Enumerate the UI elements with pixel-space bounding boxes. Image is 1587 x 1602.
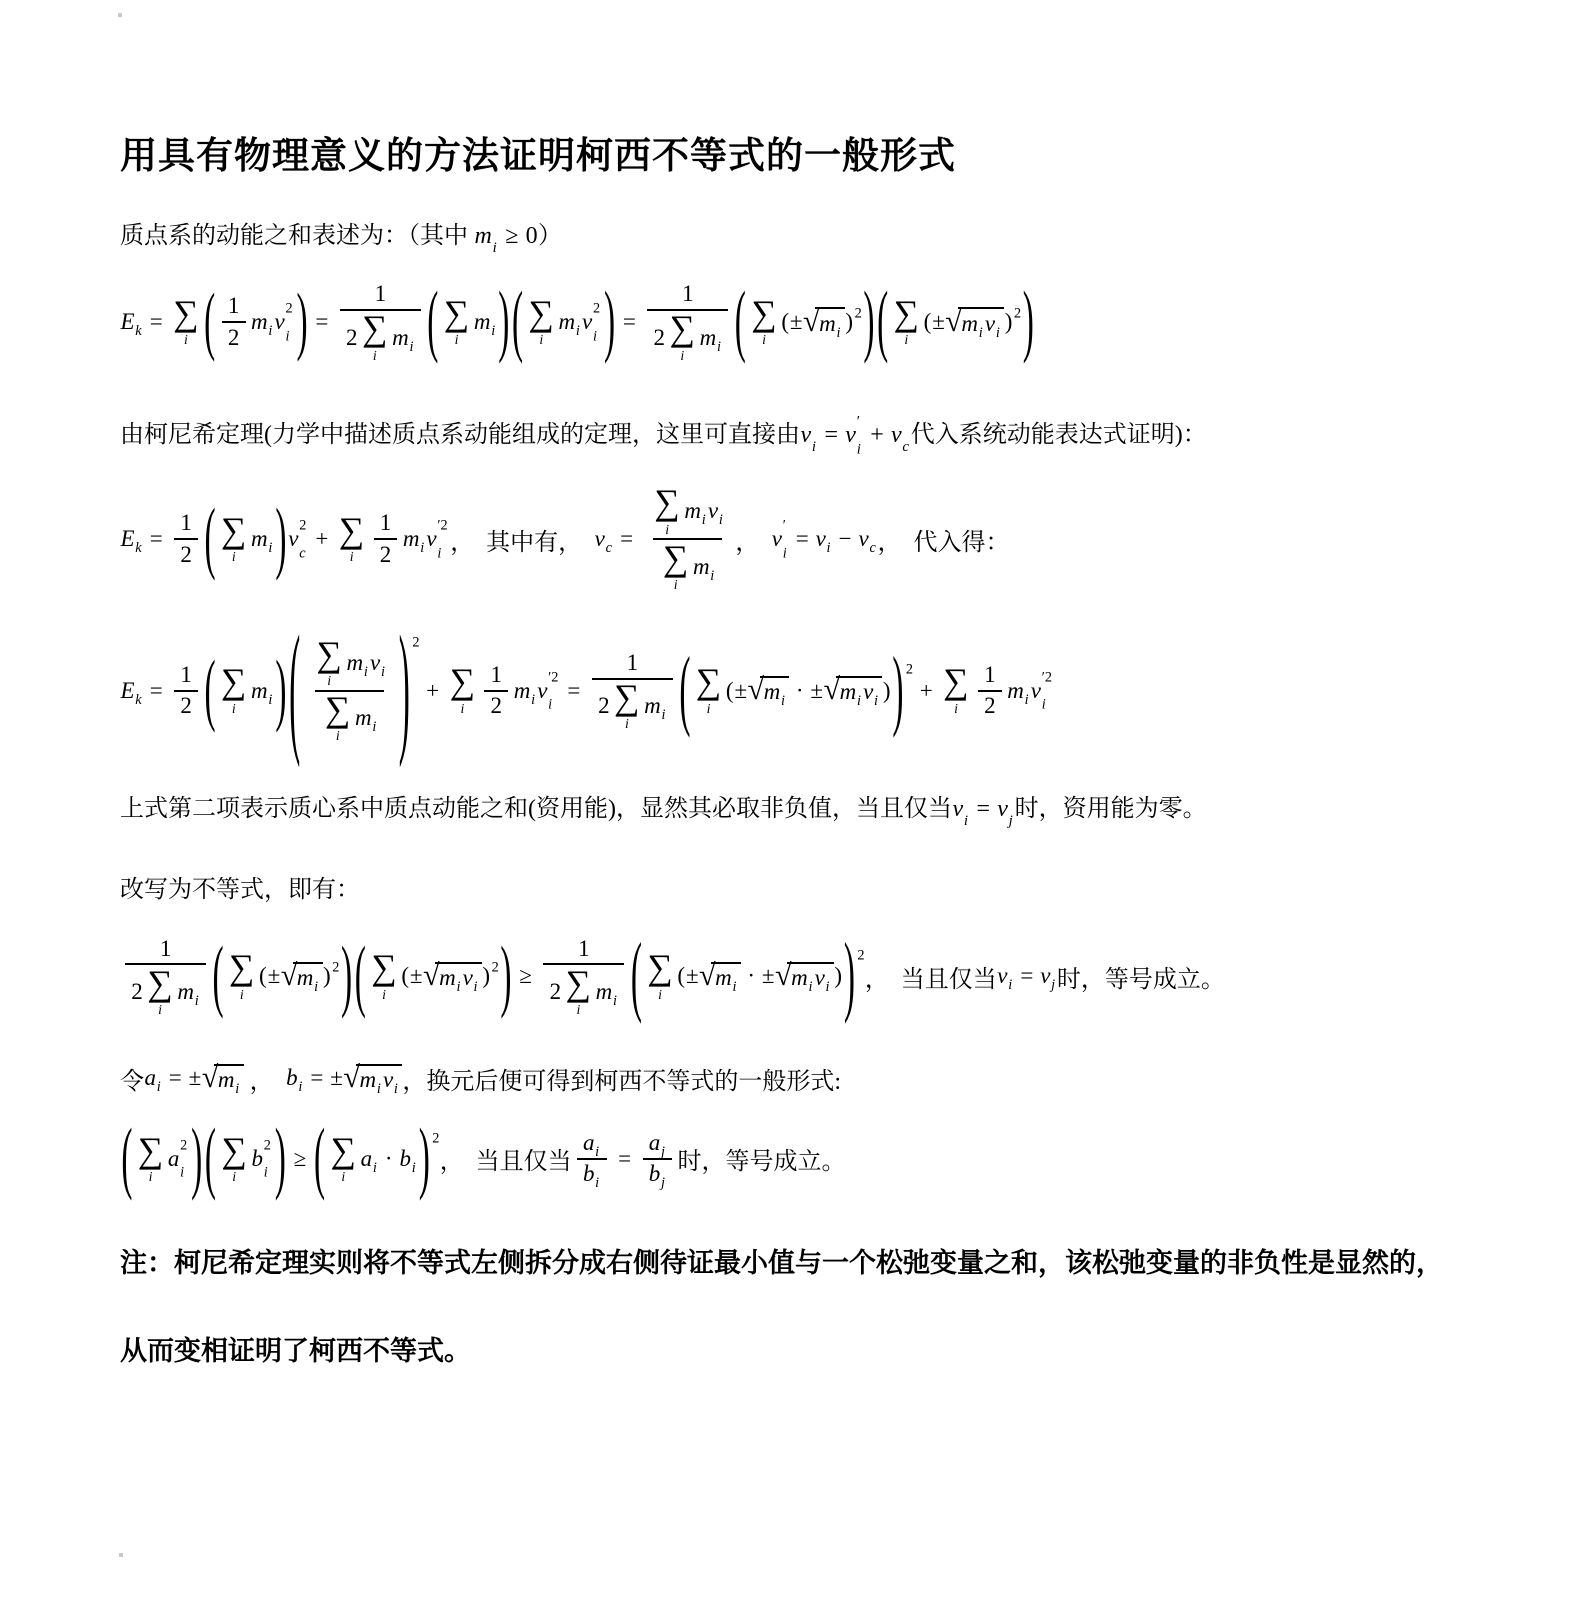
- math-numerator: 1: [484, 662, 508, 690]
- sigma-sum-icon: ∑: [654, 486, 679, 520]
- math-sub-script: i: [473, 979, 478, 996]
- math-sub-script: j: [661, 1175, 666, 1192]
- math-supsub-stack: 2i: [263, 1139, 271, 1179]
- math-symbol: v: [537, 678, 548, 704]
- math-radicand: mivi: [356, 1064, 403, 1093]
- math-symbol: m: [558, 309, 576, 335]
- math-denominator: 2: [174, 538, 198, 567]
- math-sub-script: i: [268, 323, 273, 340]
- math-supsub-stack: 2i: [593, 302, 601, 342]
- math-symbol: v: [370, 650, 381, 676]
- math-symbol: 2: [432, 1130, 440, 1146]
- math-row: ∑i(±√mivi)2: [890, 297, 1022, 347]
- math-symbol: i: [576, 323, 581, 339]
- right-paren-icon: ): [341, 936, 352, 1016]
- math-sub-script: i: [372, 719, 377, 736]
- sigma-sum-icon: ∑: [229, 951, 254, 985]
- math-symbol: v: [952, 791, 964, 828]
- math-sum-index: i: [341, 1170, 345, 1184]
- math-symbol: a: [144, 1065, 156, 1091]
- radical-icon: √: [699, 960, 716, 990]
- math-sum: ∑i: [566, 967, 591, 1017]
- math-sub-group: mi: [763, 679, 786, 705]
- formula-koenig-decomposition: Ek=12(∑imi)v2c+∑i12miv′2i， 其中有， vc=∑imiv…: [120, 486, 1477, 591]
- math-supsub-stack: ′2i: [1041, 671, 1052, 711]
- math-row: 上式第二项表示质心系中质点动能之和(资用能)，显然其必取非负值，当且仅当vi=v…: [120, 791, 1207, 828]
- math-supsub-stack: ′i: [782, 519, 787, 559]
- math-sub-script: i: [717, 339, 722, 356]
- math-symbol: v: [274, 309, 285, 335]
- math-sub-script: i: [1008, 977, 1013, 994]
- math-sub-script: i: [1024, 692, 1029, 709]
- math-sqrt: √mivi: [423, 961, 482, 991]
- math-sub-script: i: [732, 979, 737, 996]
- math-sub-group: vi: [997, 963, 1014, 989]
- math-symbol: ±: [330, 1065, 344, 1091]
- math-row: ∑imi: [217, 665, 274, 715]
- math-sub-script: i: [825, 979, 830, 996]
- math-symbol: m: [251, 309, 269, 335]
- math-sub-group: ai: [360, 1146, 378, 1172]
- math-symbol: (: [259, 963, 268, 989]
- paragraph-kinetic-intro: 质点系的动能之和表述为：（其中 mi≥0）: [120, 218, 1477, 255]
- math-symbol: v: [997, 791, 1009, 828]
- math-symbol: =: [612, 1146, 638, 1172]
- math-symbol: b: [251, 1146, 263, 1172]
- sigma-sum-icon: ∑: [221, 514, 246, 548]
- math-row: mivi: [791, 965, 832, 991]
- math-row: ∑ib2i: [217, 1134, 273, 1184]
- math-sum: ∑i: [317, 638, 342, 688]
- math-symbol: i: [473, 979, 478, 995]
- math-symbol: c: [299, 545, 306, 561]
- math-symbol: 2: [854, 305, 862, 321]
- math-symbol: j: [1051, 977, 1056, 993]
- math-sup-script: 2: [906, 662, 914, 679]
- math-symbol: 2: [263, 1137, 271, 1153]
- math-symbol: ′: [856, 413, 860, 429]
- math-symbol: 1: [374, 281, 386, 307]
- math-supsub-group: a2i: [167, 1139, 189, 1179]
- math-symbol: ′2: [1041, 669, 1052, 685]
- math-paren-group: (∑ia2i): [120, 1134, 204, 1184]
- math-row: Ek=∑i(12miv2i)=12∑imi(∑imi)(∑imiv2i)=12∑…: [120, 281, 1035, 362]
- math-sub-group: vi: [984, 311, 1001, 337]
- math-sup-script: ′2: [1041, 670, 1052, 684]
- math-sub-group: mi: [692, 554, 715, 580]
- sigma-sum-icon: ∑: [663, 542, 688, 576]
- math-sqrt: √mi: [202, 1063, 244, 1093]
- math-symbol: c: [605, 540, 612, 556]
- math-symbol: v: [1040, 963, 1051, 989]
- math-text: ， 当且仅当: [865, 959, 997, 994]
- math-symbol: v: [426, 526, 437, 552]
- math-sum: ∑i: [444, 297, 469, 347]
- math-symbol: b: [648, 1161, 660, 1187]
- math-symbol: =: [616, 309, 642, 335]
- math-symbol: i: [857, 693, 862, 709]
- math-supsub-group: v′2i: [537, 671, 561, 711]
- math-sum-index: i: [762, 333, 766, 347]
- math-symbol: i: [156, 1079, 161, 1095]
- left-paren-icon: (: [121, 1119, 132, 1199]
- math-symbol: i: [856, 442, 861, 458]
- math-sub-script: i: [782, 546, 787, 560]
- math-symbol: −: [832, 526, 858, 552]
- math-symbol: i: [825, 979, 830, 995]
- math-paren-group: (12miv2i): [203, 293, 309, 350]
- math-sum: ∑i: [221, 665, 246, 715]
- math-sub-script: i: [314, 979, 319, 996]
- math-sub-group: bj: [648, 1161, 666, 1187]
- math-numerator: 1: [676, 281, 700, 309]
- math-sub-script: i: [996, 324, 1001, 341]
- math-symbol: 2: [593, 300, 601, 316]
- sigma-sum-icon: ∑: [444, 297, 469, 331]
- sigma-sum-icon: ∑: [221, 665, 246, 699]
- math-fraction: 12: [174, 662, 198, 719]
- math-sub-group: mi: [513, 678, 536, 704]
- math-symbol: 2: [227, 325, 239, 351]
- math-text: 时，资用能为零。: [1015, 791, 1207, 828]
- math-sub-group: vi: [800, 417, 818, 454]
- math-sub-group: mi: [346, 650, 369, 676]
- math-row: ∑imi: [321, 693, 378, 743]
- math-sup-script: 2: [412, 634, 420, 651]
- math-sub-script: i: [437, 546, 442, 560]
- math-symbol: 1: [159, 936, 171, 962]
- math-symbol: i: [826, 540, 831, 556]
- math-supsub-group: v2i: [274, 302, 295, 342]
- math-symbol: (: [781, 309, 790, 335]
- math-symbol: i: [372, 719, 377, 735]
- math-sup-script: 2: [332, 960, 340, 977]
- math-symbol: 2: [180, 1137, 188, 1153]
- math-symbol: ±: [761, 963, 775, 989]
- left-paren-icon: (: [314, 1119, 325, 1199]
- math-symbol: v: [815, 526, 826, 552]
- math-sum: ∑i: [654, 486, 679, 536]
- math-text: ，: [244, 1061, 286, 1096]
- formula-kinetic-energy-expansion: Ek=∑i(12miv2i)=12∑imi(∑imi)(∑imiv2i)=12∑…: [120, 281, 1477, 362]
- paragraph-second-term: 上式第二项表示质心系中质点动能之和(资用能)，显然其必取非负值，当且仅当vi=v…: [120, 791, 1477, 828]
- math-sub-script: i: [576, 323, 581, 340]
- math-sum-index: i: [232, 550, 236, 564]
- math-sum-index: i: [158, 1003, 162, 1017]
- math-supsub-stack: 2i: [285, 302, 293, 342]
- math-symbol: i: [314, 979, 319, 995]
- math-symbol: ′2: [437, 517, 448, 533]
- math-symbol: ±: [932, 309, 946, 335]
- math-symbol: i: [548, 697, 553, 713]
- math-sub-script: c: [869, 540, 876, 557]
- math-symbol: m: [595, 979, 613, 1005]
- sigma-sum-icon: ∑: [614, 681, 639, 715]
- math-symbol: =: [970, 791, 997, 828]
- math-sum-index: i: [336, 729, 340, 743]
- math-sub-script: i: [373, 1160, 378, 1177]
- math-sub-group: mi: [839, 679, 862, 705]
- sigma-sum-icon: ∑: [331, 1134, 356, 1168]
- math-sup-group: (∑i(±√mi·±√mivi))2: [629, 951, 864, 1001]
- math-symbol: m: [474, 218, 492, 255]
- math-sub-group: mi: [791, 965, 814, 991]
- right-paren-icon: ): [844, 931, 855, 1021]
- math-sub-script: i: [263, 1166, 268, 1180]
- math-sub-group: vi: [814, 965, 831, 991]
- math-sum: ∑i: [371, 951, 396, 1001]
- math-symbol: m: [392, 325, 410, 351]
- math-supsub-group: b2i: [251, 1139, 273, 1179]
- math-symbol: i: [978, 324, 983, 340]
- math-symbol: =: [561, 678, 587, 704]
- math-text: 令: [120, 1061, 144, 1096]
- math-sup-script: 2: [857, 948, 865, 965]
- math-denominator: ∑imi: [653, 538, 722, 592]
- math-sub-script: c: [605, 540, 612, 557]
- math-numerator: 1: [978, 662, 1002, 690]
- math-sup-script: ′: [782, 518, 786, 532]
- math-symbol: i: [411, 1160, 416, 1176]
- math-text: 质点系的动能之和表述为：（其中: [120, 218, 474, 255]
- math-row: 2∑imi: [131, 967, 201, 1017]
- math-paren-group: (∑ib2i): [204, 1134, 288, 1184]
- math-symbol: v: [858, 526, 869, 552]
- math-sqrt: √mi: [748, 675, 790, 705]
- math-sub-script: i: [593, 329, 598, 343]
- math-sub-script: i: [710, 568, 715, 585]
- math-sum: ∑i: [138, 1134, 163, 1184]
- math-paren-group: (∑i(±√mivi)2): [876, 297, 1035, 347]
- math-symbol: i: [595, 1175, 600, 1191]
- math-row: ∑i(±√mi)2: [225, 951, 340, 1001]
- math-symbol: E: [120, 678, 135, 704]
- math-symbol: i: [710, 568, 715, 584]
- math-symbol: 2: [549, 979, 561, 1005]
- math-sub-script: i: [298, 1079, 303, 1096]
- math-symbol: ≥: [287, 1146, 313, 1172]
- radical-icon: √: [281, 960, 298, 990]
- sigma-sum-icon: ∑: [696, 665, 721, 699]
- math-symbol: i: [1008, 977, 1013, 993]
- math-symbol: v: [814, 965, 825, 991]
- left-paren-icon: (: [205, 1119, 216, 1199]
- right-paren-icon: ): [604, 282, 615, 362]
- math-symbol: a: [582, 1130, 594, 1156]
- math-row: ∑iai·bi: [326, 1134, 417, 1184]
- math-sup-script: 2: [1014, 305, 1022, 322]
- math-symbol: i: [285, 328, 290, 344]
- math-symbol: i: [491, 323, 496, 339]
- radical-icon: √: [343, 1062, 360, 1092]
- math-sub-script: i: [381, 664, 386, 681]
- math-fraction: ∑imivi∑imi: [645, 486, 731, 591]
- math-row: mivi: [839, 679, 880, 705]
- math-paren-group: (∑i(±√mi)2): [211, 951, 353, 1001]
- math-sup-group: )2: [1004, 309, 1021, 335]
- math-symbol: 2: [180, 693, 192, 719]
- math-row: 2∑imi: [346, 312, 416, 362]
- math-sub-group: ai: [582, 1130, 600, 1156]
- math-sub-group: mi: [715, 965, 738, 991]
- math-fraction: 12∑imi: [647, 281, 728, 362]
- math-sum-index: i: [954, 702, 958, 716]
- document-page: 用具有物理意义的方法证明柯西不等式的一般形式 质点系的动能之和表述为：（其中 m…: [0, 0, 1587, 1602]
- right-paren-icon: ): [275, 1119, 286, 1199]
- math-sub-script: i: [420, 540, 425, 557]
- paragraph-koenig-theorem: 由柯尼希定理(力学中描述质点系动能组成的定理，这里可直接由vi=v′i+vc代入…: [120, 415, 1477, 457]
- left-paren-icon: (: [877, 282, 888, 362]
- math-sum: ∑i: [331, 1134, 356, 1184]
- math-symbol: ): [882, 678, 891, 704]
- math-sum-index: i: [576, 1003, 580, 1017]
- math-symbol: m: [439, 965, 457, 991]
- math-sub-script: i: [701, 512, 706, 529]
- math-row: ∑i(±√mi)2: [747, 297, 862, 347]
- math-symbol: ): [834, 963, 843, 989]
- math-symbol: i: [235, 1081, 240, 1097]
- sigma-sum-icon: ∑: [751, 297, 776, 331]
- math-symbol: m: [1007, 678, 1025, 704]
- left-paren-icon: (: [204, 651, 215, 731]
- radical-icon: √: [823, 674, 840, 704]
- math-sub-group: mi: [473, 309, 496, 335]
- sigma-sum-icon: ∑: [173, 297, 198, 331]
- math-sub-script: i: [268, 692, 273, 709]
- sigma-sum-icon: ∑: [647, 951, 672, 985]
- math-sub-group: vi: [952, 791, 970, 828]
- paragraph-rewrite-inequality: 改写为不等式，即有：: [120, 872, 1477, 909]
- math-row: Ek=12(∑imi)(∑imivi∑imi)2+∑i12miv′2i=12∑i…: [120, 638, 1055, 743]
- math-symbol: v: [891, 417, 903, 454]
- math-sup-script: 2: [285, 301, 293, 315]
- math-denominator: 2∑imi: [125, 963, 206, 1017]
- math-text: ，: [735, 522, 771, 557]
- math-symbol: i: [701, 512, 706, 528]
- math-sup-group: (∑imivi∑imi)2: [288, 638, 420, 743]
- math-denominator: 2: [484, 690, 508, 719]
- math-symbol: i: [732, 979, 737, 995]
- math-symbol: m: [684, 498, 702, 524]
- math-symbol: 2: [180, 542, 192, 568]
- math-sum-index: i: [680, 349, 684, 363]
- math-symbol: =: [304, 1065, 330, 1091]
- math-sup-group: (∑iai·bi)2: [313, 1134, 440, 1184]
- math-symbol: i: [364, 664, 369, 680]
- math-denominator: bj: [643, 1158, 673, 1187]
- math-denominator: 2: [978, 690, 1002, 719]
- math-symbol: v: [707, 498, 718, 524]
- math-row: mivi: [439, 965, 480, 991]
- math-symbol: +: [420, 678, 446, 704]
- math-symbol: ): [323, 963, 332, 989]
- math-symbol: ±: [686, 963, 700, 989]
- math-sub-script: i: [856, 443, 861, 458]
- math-row: ∑imiv2i: [524, 297, 602, 347]
- math-row: 2∑imi: [549, 967, 619, 1017]
- sigma-sum-icon: ∑: [450, 665, 475, 699]
- math-symbol: v: [582, 309, 593, 335]
- math-symbol: ·: [378, 1146, 399, 1172]
- math-fraction: 12∑imi: [125, 936, 206, 1017]
- math-fraction: 12: [978, 662, 1002, 719]
- math-radicand: mivi: [787, 962, 834, 991]
- math-sup-script: 2: [299, 518, 307, 532]
- math-sum-index: i: [455, 333, 459, 347]
- math-fraction: 12: [374, 510, 398, 567]
- math-sub-script: i: [595, 1144, 600, 1161]
- math-symbol: 2: [906, 662, 914, 678]
- left-paren-icon: (: [204, 499, 215, 579]
- math-symbol: v: [997, 963, 1008, 989]
- math-sup-script: 2: [432, 1130, 440, 1147]
- math-symbol: m: [251, 526, 269, 552]
- math-fraction: ajbj: [643, 1130, 673, 1187]
- math-row: ∑i(±√mi·±√mivi): [692, 665, 891, 715]
- math-numerator: 1: [222, 293, 246, 321]
- left-paren-icon: (: [679, 646, 690, 736]
- sigma-sum-icon: ∑: [894, 297, 919, 331]
- math-symbol: b: [582, 1161, 594, 1187]
- math-paren-group: (∑i(±√mivi)2): [353, 951, 512, 1001]
- math-sum: ∑i: [614, 681, 639, 731]
- math-sub-script: i: [456, 979, 461, 996]
- math-text: 时，等号成立。: [1057, 959, 1225, 994]
- sigma-sum-icon: ∑: [529, 297, 554, 331]
- math-symbol: i: [812, 439, 817, 455]
- math-sub-group: vi: [863, 679, 880, 705]
- math-sub-script: i: [781, 693, 786, 710]
- math-numerator: 1: [620, 650, 644, 678]
- sigma-sum-icon: ∑: [943, 665, 968, 699]
- math-sub-script: i: [857, 693, 862, 710]
- math-text: 上式第二项表示质心系中质点动能之和(资用能)，显然其必取非负值，当且仅当: [120, 791, 952, 828]
- math-symbol: v: [984, 311, 995, 337]
- math-symbol: i: [964, 814, 969, 830]
- math-sub-script: i: [1041, 698, 1046, 712]
- math-symbol: 1: [578, 936, 590, 962]
- math-sum: ∑i: [339, 514, 364, 564]
- math-sup-script: 2: [180, 1138, 188, 1152]
- math-sub-group: vi: [815, 526, 832, 552]
- math-sub-script: j: [1051, 977, 1056, 994]
- math-sub-script: i: [156, 1079, 161, 1096]
- math-symbol: i: [782, 545, 787, 561]
- math-symbol: ′: [782, 517, 786, 533]
- math-symbol: m: [513, 678, 531, 704]
- math-row: 质点系的动能之和表述为：（其中 mi≥0）: [120, 218, 562, 255]
- math-sub-group: bi: [582, 1161, 600, 1187]
- math-symbol: i: [613, 993, 618, 1009]
- math-symbol: a: [167, 1146, 179, 1172]
- math-symbol: i: [268, 692, 273, 708]
- math-row: ∑imi: [440, 297, 497, 347]
- math-symbol: +: [864, 417, 891, 454]
- sigma-sum-icon: ∑: [221, 1134, 246, 1168]
- math-symbol: 2: [332, 960, 340, 976]
- math-symbol: ′2: [548, 669, 559, 685]
- math-sum: ∑i: [529, 297, 554, 347]
- math-symbol: i: [394, 1081, 399, 1097]
- math-symbol: i: [409, 339, 414, 355]
- sigma-sum-icon: ∑: [317, 638, 342, 672]
- math-fraction: 12∑imi: [543, 936, 624, 1017]
- math-sub-group: bi: [399, 1146, 417, 1172]
- math-sub-group: mi: [558, 309, 581, 335]
- math-symbol: v: [863, 679, 874, 705]
- math-symbol: b: [286, 1065, 298, 1091]
- math-sum-index: i: [460, 702, 464, 716]
